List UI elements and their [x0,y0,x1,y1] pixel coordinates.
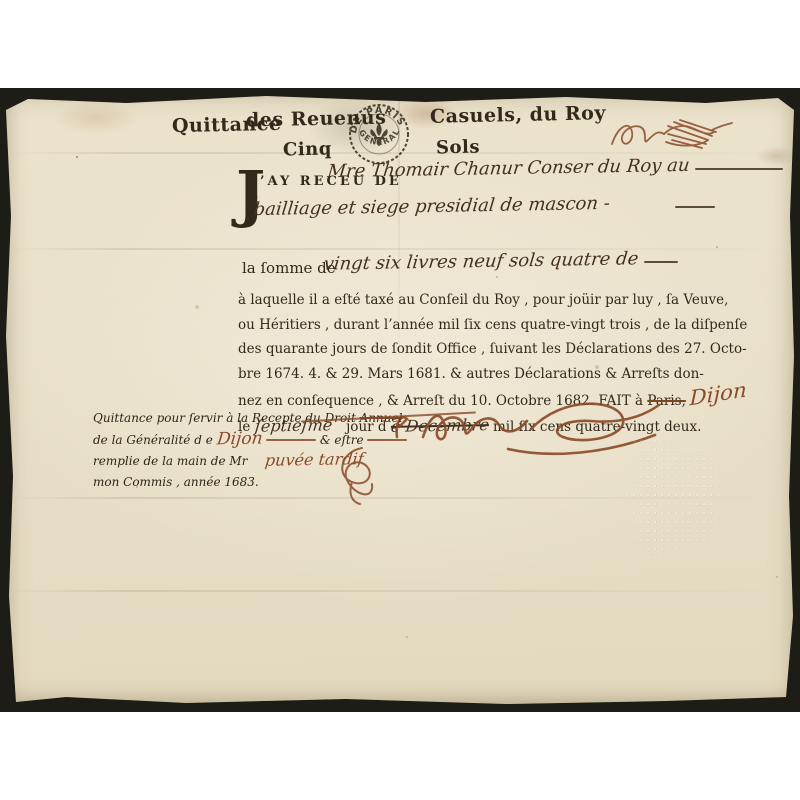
footer-handwritten-dijon: Dijon [216,428,264,449]
ink-rule [644,261,678,262]
body-line: à laquelle il a eſté taxé au Conſeil du … [238,288,747,313]
footer-line-3-text: remplie de la main de Mr [93,454,247,468]
opening-handwritten-1: Mre Thomair Chanur Conser du Roy au [327,155,691,182]
ink-rule [266,439,316,440]
footer-line-1-text: Quittance pour ſervir à la Recepte du Dr… [93,411,356,425]
photo-matte: Quittance des Reuenus Casuels, du Roy Ci… [0,88,800,712]
header-cinq: Cinq [283,138,332,160]
ink-rule [695,168,783,169]
crossed-inscription-mark [608,108,734,158]
document-photo: Quittance des Reuenus Casuels, du Roy Ci… [0,0,800,800]
paper-crease [6,248,794,250]
body-line: bre 1674. 4. & 29. Mars 1681. & autres D… [238,362,747,387]
header-sols: Sols [436,137,480,159]
body-line: ou Héritiers , durant l’année mil ſix ce… [238,313,747,338]
header-word-casuels-du-roy: Casuels, du Roy [430,102,606,128]
generalite-stamp-icon: DE PARIS GENERALITE [347,102,411,166]
paper-crease [6,590,794,592]
body-line: des quarante jours de ſondit Office , ſu… [238,337,747,362]
sum-handwritten: vingt six livres neuf sols quatre de [323,248,640,274]
document-paper: Quittance des Reuenus Casuels, du Roy Ci… [6,96,794,704]
notary-paraph [328,442,378,508]
opening-handwritten-2: bailliage et siege presidial de mascon - [253,193,611,220]
paper-specks [76,156,78,158]
ink-rule [675,206,715,207]
footer-line-2-text: de la Généralité d e [93,433,213,447]
blind-embossed-stamp [612,422,728,572]
ink-rule [367,439,407,440]
